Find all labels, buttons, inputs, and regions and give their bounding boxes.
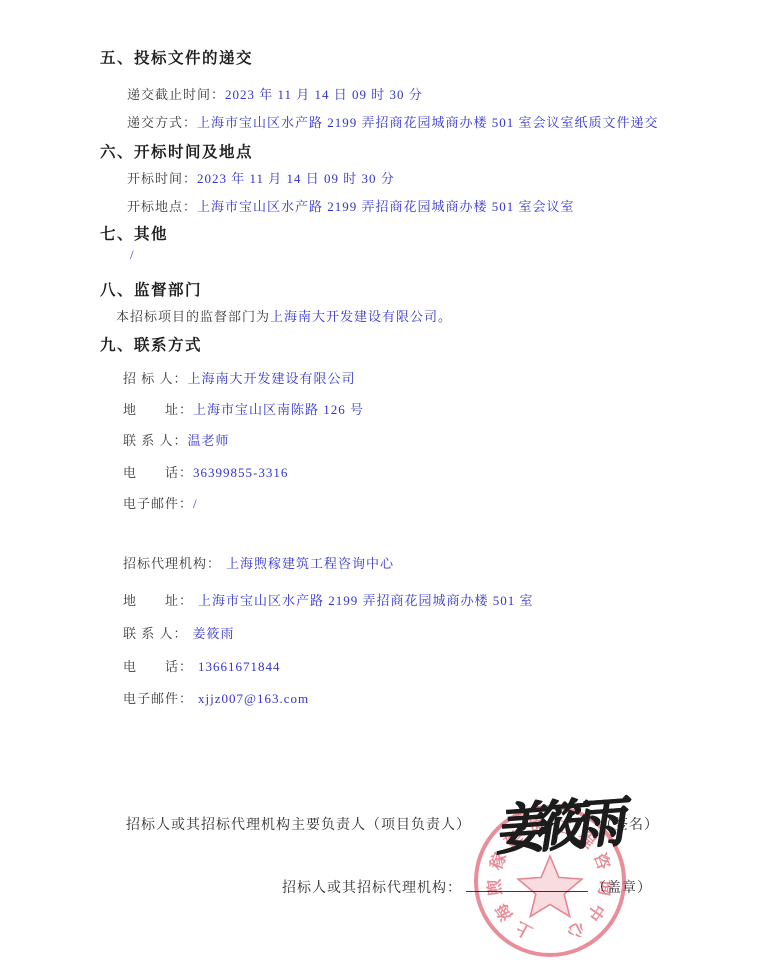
tenderer-name-label: 招 标 人： — [123, 371, 188, 386]
submission-deadline-label: 递交截止时间： — [127, 87, 225, 102]
svg-text:心: 心 — [564, 918, 588, 944]
agency-name-line: 招标代理机构：上海煦稼建筑工程咨询中心 — [123, 553, 394, 572]
submission-deadline-value: 2023 年 11 月 14 日 09 时 30 分 — [225, 87, 423, 102]
supervision-company: 上海南大开发建设有限公司 — [270, 309, 438, 324]
agency-email-label: 电子邮件： — [123, 691, 193, 706]
agency-phone-line: 电 话：13661671844 — [123, 656, 281, 675]
agency-phone-label: 电 话： — [123, 659, 193, 674]
seal-line-suffix: （盖章） — [592, 881, 652, 896]
tenderer-email-value: / — [193, 496, 198, 511]
tenderer-email-label: 电子邮件： — [123, 496, 193, 511]
supervision-line: 本招标项目的监督部门为上海南大开发建设有限公司。 — [116, 306, 452, 325]
supervision-text-suffix: 。 — [438, 309, 452, 324]
svg-text:咨: 咨 — [590, 850, 615, 873]
submission-method-line: 递交方式：上海市宝山区水产路 2199 弄招商花园城商办楼 501 室会议室纸质… — [127, 112, 659, 131]
agency-address-label: 地 址： — [123, 593, 193, 608]
tenderer-email-line: 电子邮件：/ — [123, 493, 198, 512]
agency-name-value: 上海煦稼建筑工程咨询中心 — [226, 556, 394, 571]
seal-line-prefix: 招标人或其招标代理机构： — [282, 881, 462, 896]
tender-document-page: 五、投标文件的递交 递交截止时间：2023 年 11 月 14 日 09 时 3… — [0, 0, 764, 972]
supervision-text-prefix: 本招标项目的监督部门为 — [116, 309, 270, 324]
agency-email-line: 电子邮件：xjjz007@163.com — [123, 688, 309, 707]
agency-contact-line: 联 系 人：姜筱雨 — [123, 623, 235, 642]
submission-deadline-line: 递交截止时间：2023 年 11 月 14 日 09 时 30 分 — [127, 84, 423, 103]
tenderer-contact-value: 温老师 — [188, 433, 230, 448]
opening-time-line: 开标时间：2023 年 11 月 14 日 09 时 30 分 — [127, 168, 395, 187]
submission-method-label: 递交方式： — [127, 115, 197, 130]
section-heading-contact: 九、联系方式 — [100, 333, 202, 355]
opening-place-line: 开标地点：上海市宝山区水产路 2199 弄招商花园城商办楼 501 室会议室 — [127, 196, 575, 215]
section-heading-supervision: 八、监督部门 — [100, 278, 202, 300]
opening-time-value: 2023 年 11 月 14 日 09 时 30 分 — [197, 171, 395, 186]
agency-contact-value: 姜筱雨 — [193, 626, 235, 641]
section-heading-submission: 五、投标文件的递交 — [100, 46, 253, 68]
section-heading-other: 七、其他 — [100, 222, 168, 244]
signature-line: 招标人或其招标代理机构主要负责人（项目负责人）（签名） — [126, 814, 659, 834]
tenderer-name-line: 招 标 人：上海南大开发建设有限公司 — [123, 368, 356, 387]
agency-address-line: 地 址：上海市宝山区水产路 2199 弄招商花园城商办楼 501 室 — [123, 590, 534, 609]
agency-email-value: xjjz007@163.com — [198, 691, 309, 706]
tenderer-phone-label: 电 话： — [123, 465, 193, 480]
svg-text:中: 中 — [583, 900, 609, 925]
seal-line: 招标人或其招标代理机构：（盖章） — [282, 877, 652, 897]
other-value-line: / — [130, 247, 135, 263]
tenderer-name-value: 上海南大开发建设有限公司 — [188, 371, 356, 386]
agency-contact-label: 联 系 人： — [123, 626, 188, 641]
svg-text:海: 海 — [491, 900, 517, 925]
agency-address-value: 上海市宝山区水产路 2199 弄招商花园城商办楼 501 室 — [198, 593, 534, 608]
svg-text:稼: 稼 — [485, 849, 510, 873]
tenderer-address-line: 地 址：上海市宝山区南陈路 126 号 — [123, 399, 364, 418]
tenderer-address-value: 上海市宝山区南陈路 126 号 — [193, 402, 364, 417]
seal-line-underline — [466, 877, 588, 892]
opening-place-label: 开标地点： — [127, 199, 197, 214]
signature-line-prefix: 招标人或其招标代理机构主要负责人（项目负责人） — [126, 818, 471, 833]
other-value: / — [130, 247, 135, 262]
svg-text:上: 上 — [511, 918, 535, 944]
tenderer-address-label: 地 址： — [123, 402, 193, 417]
agency-phone-value: 13661671844 — [198, 659, 281, 674]
section-heading-bid-opening: 六、开标时间及地点 — [100, 140, 253, 162]
opening-time-label: 开标时间： — [127, 171, 197, 186]
opening-place-value: 上海市宝山区水产路 2199 弄招商花园城商办楼 501 室会议室 — [197, 199, 575, 214]
tenderer-contact-line: 联 系 人：温老师 — [123, 430, 230, 449]
tenderer-phone-value: 36399855-3316 — [193, 465, 288, 480]
agency-name-label: 招标代理机构： — [123, 556, 221, 571]
tenderer-phone-line: 电 话：36399855-3316 — [123, 462, 288, 481]
signature-line-suffix: （签名） — [599, 818, 659, 833]
submission-method-value: 上海市宝山区水产路 2199 弄招商花园城商办楼 501 室会议室纸质文件递交 — [197, 115, 659, 130]
tenderer-contact-label: 联 系 人： — [123, 433, 188, 448]
